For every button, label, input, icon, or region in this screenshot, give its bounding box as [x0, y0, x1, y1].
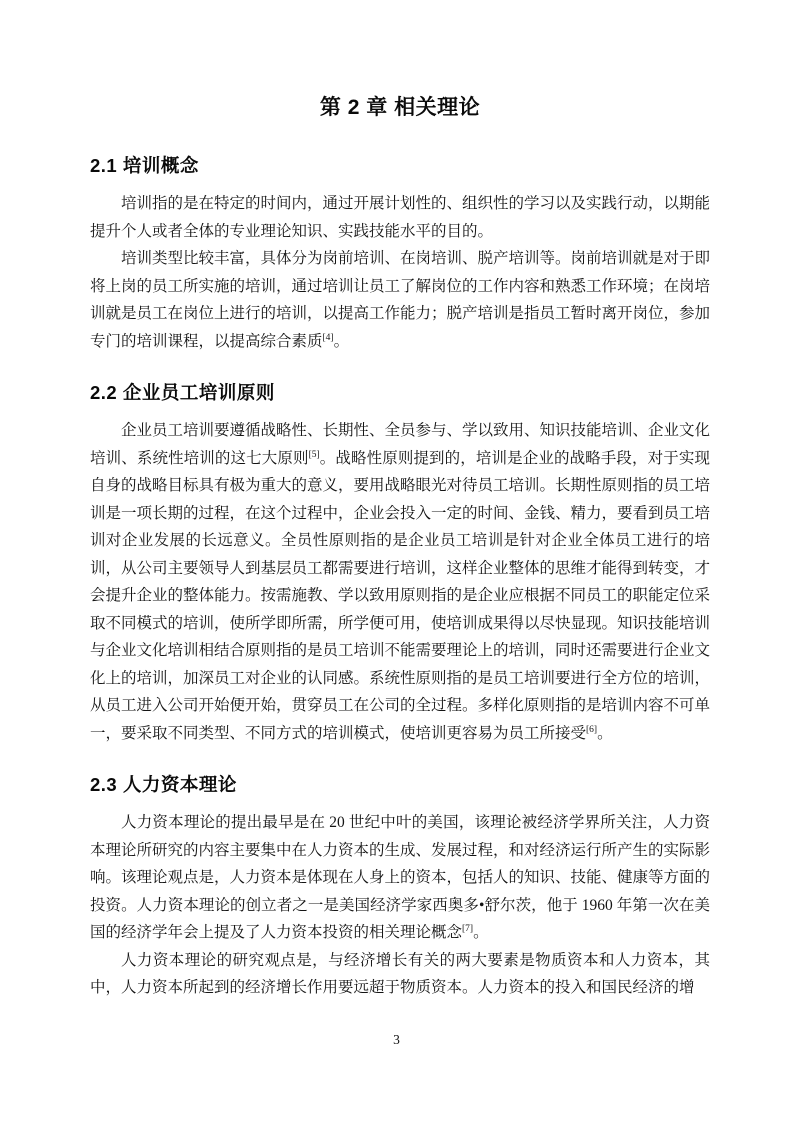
paragraph-text: 。	[597, 725, 613, 742]
paragraph-text: 人力资本理论的提出最早是在 20 世纪中叶的美国，该理论被经济学界所关注，人力资…	[90, 814, 710, 941]
citation-ref-7: [7]	[462, 924, 473, 934]
paragraph-text: 培训类型比较丰富，具体分为岗前培训、在岗培训、脱产培训等。岗前培训就是对于即将上…	[90, 250, 710, 350]
paragraph: 培训类型比较丰富，具体分为岗前培训、在岗培训、脱产培训等。岗前培训就是对于即将上…	[90, 245, 710, 355]
citation-ref-6: [6]	[586, 724, 597, 734]
paragraph-text: 。	[334, 333, 350, 350]
citation-ref-4: [4]	[323, 332, 334, 342]
paragraph: 人力资本理论的提出最早是在 20 世纪中叶的美国，该理论被经济学界所关注，人力资…	[90, 809, 710, 947]
chapter-title: 第 2 章 相关理论	[90, 94, 710, 121]
document-page: 第 2 章 相关理论 2.1 培训概念 培训指的是在特定的时间内，通过开展计划性…	[0, 0, 793, 1122]
page-number: 3	[0, 1032, 793, 1048]
paragraph-text: 培训指的是在特定的时间内，通过开展计划性的、组织性的学习以及实践行动，以期能提升…	[90, 195, 710, 240]
paragraph: 培训指的是在特定的时间内，通过开展计划性的、组织性的学习以及实践行动，以期能提升…	[90, 190, 710, 245]
section-human-capital-theory: 2.3 人力资本理论 人力资本理论的提出最早是在 20 世纪中叶的美国，该理论被…	[90, 772, 710, 1002]
paragraph-text: 。战略性原则提到的，培训是企业的战略手段，对于实现自身的战略目标具有极为重大的意…	[90, 450, 710, 742]
section-heading-2-1: 2.1 培训概念	[90, 153, 710, 179]
citation-ref-5: [5]	[309, 449, 320, 459]
section-heading-2-2: 2.2 企业员工培训原则	[90, 380, 710, 406]
section-heading-2-3: 2.3 人力资本理论	[90, 772, 710, 798]
section-training-principles: 2.2 企业员工培训原则 企业员工培训要遵循战略性、长期性、全员参与、学以致用、…	[90, 380, 710, 747]
paragraph: 企业员工培训要遵循战略性、长期性、全员参与、学以致用、知识技能培训、企业文化培训…	[90, 417, 710, 747]
section-training-concept: 2.1 培训概念 培训指的是在特定的时间内，通过开展计划性的、组织性的学习以及实…	[90, 153, 710, 355]
paragraph-text: 。	[473, 924, 489, 941]
paragraph-text: 人力资本理论的研究观点是，与经济增长有关的两大要素是物质资本和人力资本，其中，人…	[90, 952, 710, 997]
paragraph: 人力资本理论的研究观点是，与经济增长有关的两大要素是物质资本和人力资本，其中，人…	[90, 947, 710, 1002]
